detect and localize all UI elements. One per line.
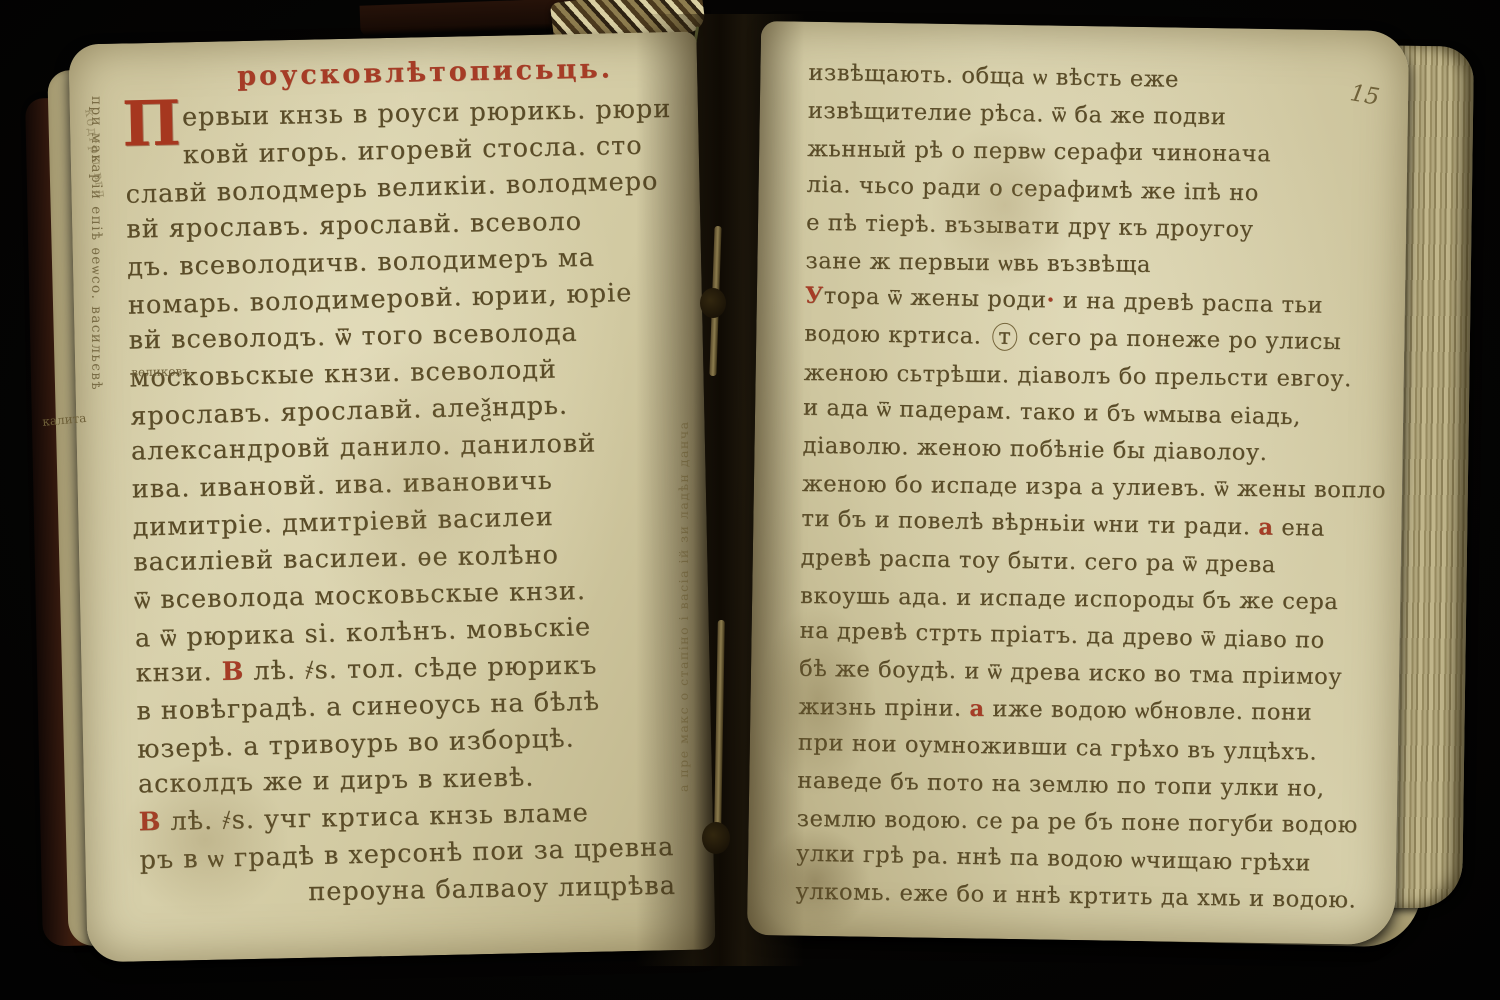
line-text: землю водою. се ра ре бъ поне погуби вод…	[797, 806, 1358, 838]
line-text: ѿ всеволода московьскые кнзи.	[134, 576, 586, 615]
gutter-margin-inscription: а пре макс о стапіно і васіа ій зи ладѣн…	[676, 420, 691, 792]
line-text: василіевй василеи. ѳе колѣно	[133, 540, 559, 577]
line-text: асколдъ же и диръ в киевѣ.	[138, 763, 535, 800]
margin-note: калита	[42, 411, 87, 429]
line-text: и ада ѿ падерам. тако и бъ ѡмыва еіадь,	[803, 394, 1301, 430]
line-text: иже водою ѡбновле. пони	[985, 696, 1313, 726]
line-text: московьскые кнзи. всеволодй	[129, 355, 557, 394]
line-text: жизнь пріни.	[798, 694, 969, 722]
left-page: роусковлѣтописьць. П ервыи кнзь в роуси …	[68, 32, 715, 963]
manuscript-line: пероуна балваоу лицрѣва	[308, 868, 688, 912]
line-text: женою сьтрѣши. діаволъ бо прельсти евгоу…	[804, 360, 1352, 392]
line-text: пероуна балваоу лицрѣва	[308, 871, 676, 907]
line-text: женою бо испаде изра а улиевъ. ѿ жены во…	[802, 471, 1386, 504]
rubric-initial: В	[138, 807, 161, 837]
line-text: лѣ. ҂ѕ. тол. сѣде рюрикъ	[244, 650, 598, 686]
line-text: улки грѣ ра. ннѣ па водою ѡчищаю грѣхи	[796, 841, 1311, 877]
line-text: водою кртиса.	[804, 321, 989, 350]
line-text: лѣ. ҂ѕ. учг кртиса кнзь вламе	[161, 798, 589, 837]
line-text: ива. ивановй. ива. ивановичь	[131, 466, 553, 505]
line-text: а ѿ рюрика ѕі. колѣнъ. мовьскіе	[135, 612, 592, 654]
line-text: кнзи.	[135, 657, 222, 688]
line-text: извѣщителие рѣса. ѿ ба же подви	[808, 98, 1227, 131]
left-page-text: ервыи кнзь в роуси рюрикь. рюриковй игор…	[124, 90, 688, 915]
line-text: тора ѿ жены роди	[824, 283, 1047, 313]
line-text: вй ярославъ. ярославй. всеволо	[126, 207, 582, 245]
line-text: жьнный рѣ о первѡ серафи чинонача	[807, 136, 1271, 167]
sewing-knot	[702, 822, 730, 854]
line-text: улкомь. еже бо и ннѣ кртить да хмь и вод…	[795, 879, 1356, 914]
line-text: наведе бъ пото на землю по топи улки но,	[797, 767, 1325, 801]
manuscript-photo: { "manuscript": { "header_title": "роуск…	[0, 0, 1500, 1000]
line-text: бѣ же боудѣ. и ѿ древа иско во тма пріим…	[799, 656, 1343, 691]
rubric-initial: В	[221, 657, 244, 687]
line-text: зане ж первыи ѡвь възвѣща	[805, 248, 1151, 278]
line-text: ліа. чьсо ради о серафимѣ же іпѣ но	[806, 171, 1259, 206]
right-page: 15 извѣщають. обща ѡ вѣсть ежеизвѣщители…	[747, 21, 1409, 945]
line-text: вй всеволодъ. ѿ того всеволода	[128, 318, 577, 356]
rubric-initial: а	[1258, 515, 1274, 541]
line-text: ервыи кнзь в роуси рюрикь. рюри	[182, 94, 672, 133]
chapter-title-rubric: роусковлѣтописьць.	[237, 53, 613, 92]
line-text: вкоушь ада. и испаде испороды бъ же сера	[800, 583, 1338, 615]
circled-letter: т	[992, 323, 1017, 351]
line-text: ти бъ и повелѣ вѣрньіи ѡни ти ради.	[801, 506, 1259, 541]
line-text: в новѣградѣ. а синеоусь на бѣлѣ	[136, 687, 600, 727]
right-page-text: извѣщають. обща ѡ вѣсть ежеизвѣщителие р…	[795, 56, 1392, 921]
sewing-knot	[700, 288, 726, 318]
line-text: діаволю. женою побѣніе бы діаволоу.	[802, 433, 1267, 466]
rubric-initial: а	[969, 696, 984, 722]
line-text: е пѣ тіерѣ. възывати дрү къ дроугоу	[806, 210, 1254, 243]
line-text: при нои оумноживши са грѣхо въ улцѣхъ.	[798, 729, 1318, 765]
line-text: на древѣ стрть пріатъ. да древо ѿ діаво …	[799, 618, 1325, 654]
line-text: извѣщають. обща ѡ вѣсть еже	[808, 60, 1179, 93]
line-text: юзерѣ. а тривоурь во изборцѣ.	[137, 724, 575, 765]
sewing-cord	[714, 620, 725, 830]
line-text: александровй данило. даниловй	[131, 428, 597, 466]
line-text: ена	[1273, 515, 1325, 542]
line-text: ярославъ. ярославй. алеѯндрь.	[130, 391, 568, 432]
line-text: димитріе. дмитріевй василеи	[132, 502, 554, 543]
rubric-initial: У	[805, 283, 824, 309]
line-text: и на древѣ распа тьи	[1055, 288, 1324, 319]
line-text: древѣ распа тоу быти. сего ра ѿ древа	[801, 544, 1277, 577]
interlinear-note: великовъ	[131, 364, 190, 379]
line-text: дъ. всеволодичв. володимеръ ма	[127, 243, 595, 283]
line-text: сего ра понеже ро улисы	[1020, 324, 1341, 355]
